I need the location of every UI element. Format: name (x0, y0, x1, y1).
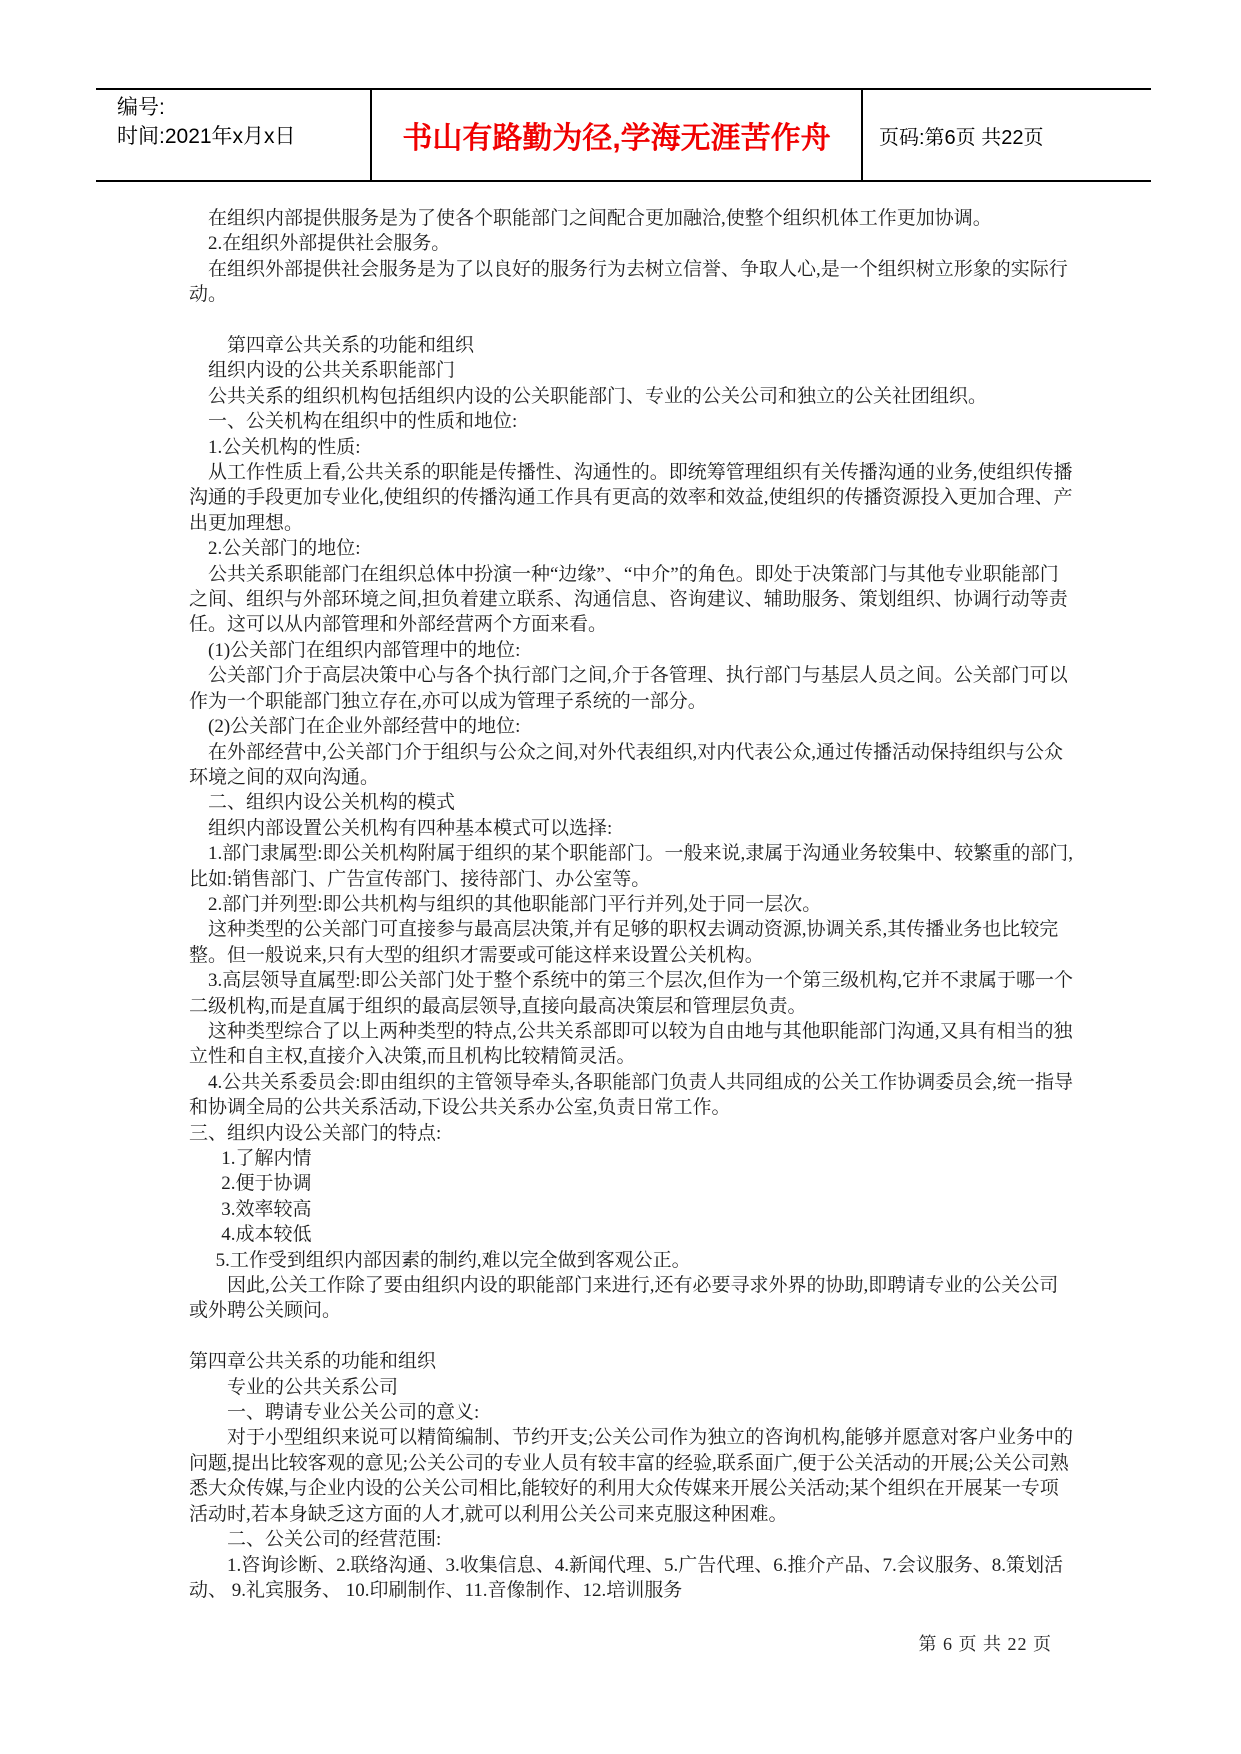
paragraph: 5.工作受到组织内部因素的制约,难以完全做到客观公正。 (189, 1248, 1077, 1273)
footer-page-info: 第 6 页 共 22 页 (919, 1634, 1053, 1654)
paragraph: 组织内部设置公关机构有四种基本模式可以选择: (189, 816, 1077, 841)
paragraph: 一、公关机构在组织中的性质和地位: (189, 409, 1077, 434)
paragraph: 4.成本较低 (189, 1222, 1077, 1247)
document-page: 编号: 时间:2021年x月x日 书山有路勤为径,学海无涯苦作舟 页码:第6页 … (0, 0, 1241, 1754)
paragraph: 3.高层领导直属型:即公关部门处于整个系统中的第三个层次,但作为一个第三级机构,… (189, 968, 1077, 1019)
paragraph: 第四章公共关系的功能和组织 (189, 333, 1077, 358)
paragraph: 2.公关部门的地位: (189, 536, 1077, 561)
paragraph: 一、聘请专业公关公司的意义: (189, 1400, 1077, 1425)
paragraph (189, 1324, 1077, 1349)
paragraph: 公共关系职能部门在组织总体中扮演一种“边缘”、“中介”的角色。即处于决策部门与其… (189, 562, 1077, 638)
paragraph: 公共关系的组织机构包括组织内设的公关职能部门、专业的公关公司和独立的公关社团组织… (189, 384, 1077, 409)
doc-number-label: 编号: (117, 93, 370, 122)
paragraph: 1.了解内情 (189, 1146, 1077, 1171)
header-motto-text: 书山有路勤为径,学海无涯苦作舟 (402, 113, 830, 157)
paragraph: 公关部门介于高层决策中心与各个执行部门之间,介于各管理、执行部门与基层人员之间。… (189, 663, 1077, 714)
page-number-label: 页码:第6页 共22页 (879, 121, 1043, 150)
header-motto-cell: 书山有路勤为径,学海无涯苦作舟 (370, 90, 861, 180)
paragraph: 二、组织内设公关机构的模式 (189, 790, 1077, 815)
paragraph: 2.部门并列型:即公共机构与组织的其他职能部门平行并列,处于同一层次。 (189, 892, 1077, 917)
page-footer: 第 6 页 共 22 页 (919, 1630, 1053, 1656)
paragraph: 在组织内部提供服务是为了使各个职能部门之间配合更加融洽,使整个组织机体工作更加协… (189, 206, 1077, 231)
page-header: 编号: 时间:2021年x月x日 书山有路勤为径,学海无涯苦作舟 页码:第6页 … (96, 88, 1151, 182)
paragraph: 2.在组织外部提供社会服务。 (189, 231, 1077, 256)
paragraph: 这种类型的公关部门可直接参与最高层决策,并有足够的职权去调动资源,协调关系,其传… (189, 917, 1077, 968)
header-page-cell: 页码:第6页 共22页 (861, 90, 1151, 180)
paragraph: 二、公关公司的经营范围: (189, 1527, 1077, 1552)
paragraph: 组织内设的公共关系职能部门 (189, 358, 1077, 383)
paragraph: 这种类型综合了以上两种类型的特点,公共关系部即可以较为自由地与其他职能部门沟通,… (189, 1019, 1077, 1070)
paragraph: (2)公关部门在企业外部经营中的地位: (189, 714, 1077, 739)
paragraph: 1.部门隶属型:即公关机构附属于组织的某个职能部门。一般来说,隶属于沟通业务较集… (189, 841, 1077, 892)
paragraph: 4.公共关系委员会:即由组织的主管领导牵头,各职能部门负责人共同组成的公关工作协… (189, 1070, 1077, 1121)
paragraph: 因此,公关工作除了要由组织内设的职能部门来进行,还有必要寻求外界的协助,即聘请专… (189, 1273, 1077, 1324)
paragraph: 3.效率较高 (189, 1197, 1077, 1222)
document-body: 在组织内部提供服务是为了使各个职能部门之间配合更加融洽,使整个组织机体工作更加协… (189, 206, 1077, 1603)
paragraph: 专业的公共关系公司 (189, 1375, 1077, 1400)
paragraph: (1)公关部门在组织内部管理中的地位: (189, 638, 1077, 663)
paragraph: 2.便于协调 (189, 1171, 1077, 1196)
paragraph: 1.公关机构的性质: (189, 435, 1077, 460)
paragraph (189, 308, 1077, 333)
paragraph: 在组织外部提供社会服务是为了以良好的服务行为去树立信誉、争取人心,是一个组织树立… (189, 257, 1077, 308)
doc-time-label: 时间:2021年x月x日 (117, 122, 370, 151)
paragraph: 第四章公共关系的功能和组织 (189, 1349, 1077, 1374)
paragraph: 1.咨询诊断、2.联络沟通、3.收集信息、4.新闻代理、5.广告代理、6.推介产… (189, 1553, 1077, 1604)
paragraph: 对于小型组织来说可以精简编制、节约开支;公关公司作为独立的咨询机构,能够并愿意对… (189, 1425, 1077, 1527)
paragraph: 在外部经营中,公关部门介于组织与公众之间,对外代表组织,对内代表公众,通过传播活… (189, 740, 1077, 791)
paragraph: 三、组织内设公关部门的特点: (189, 1121, 1077, 1146)
paragraph: 从工作性质上看,公共关系的职能是传播性、沟通性的。即统筹管理组织有关传播沟通的业… (189, 460, 1077, 536)
header-meta-cell: 编号: 时间:2021年x月x日 (96, 90, 370, 180)
